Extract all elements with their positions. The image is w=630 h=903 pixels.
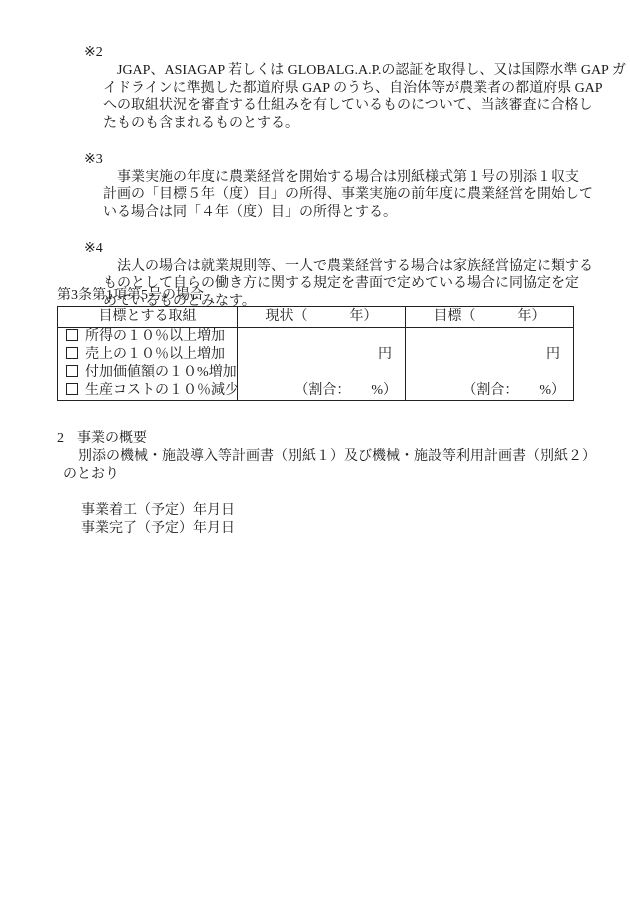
- construction-end-date-label: 事業完了（予定）年月日: [81, 520, 235, 538]
- current-yen-unit: 円: [238, 346, 405, 364]
- checkbox-income[interactable]: [66, 329, 78, 341]
- footnote-3: ※3事業実施の年度に農業経営を開始する場合は別紙様式第１号の別添１収支 計画の「…: [84, 151, 604, 240]
- measure-label-added-value: 付加価値額の１０%増加: [85, 365, 237, 380]
- footnote-2-text: JGAP、ASIAGAP 若しくは GLOBALG.A.P.の認証を取得し、又は…: [103, 63, 626, 131]
- construction-start-date-label: 事業着工（予定）年月日: [81, 502, 235, 520]
- measure-label-sales: 売上の１０％以上増加: [85, 347, 225, 362]
- measure-row-sales: 売上の１０％以上増加: [58, 346, 237, 364]
- checkbox-added-value[interactable]: [66, 365, 78, 377]
- goals-table-heading: 第3条第1項第5号の場合: [57, 287, 204, 305]
- header-current: 現状（ 年）: [238, 307, 406, 328]
- goals-table-body-row: 所得の１０％以上増加 売上の１０％以上増加 付加価値額の１０%増加 生産コストの…: [58, 328, 574, 401]
- measure-row-cost: 生産コストの１０％減少: [58, 382, 237, 400]
- measure-label-cost: 生産コストの１０％減少: [85, 383, 239, 398]
- current-blank-line: [238, 328, 405, 346]
- section2-heading: 2事業の概要: [57, 430, 147, 448]
- current-value-cell: 円 （割合： %）: [238, 328, 406, 401]
- target-blank-line: [406, 328, 573, 346]
- checkbox-sales[interactable]: [66, 347, 78, 359]
- header-measure: 目標とする取組: [58, 307, 238, 328]
- measures-cell: 所得の１０％以上増加 売上の１０％以上増加 付加価値額の１０%増加 生産コストの…: [58, 328, 238, 401]
- section2-number: 2: [57, 430, 77, 448]
- footnote-3-marker: ※3: [84, 151, 103, 169]
- current-ratio-label: （割合： %）: [238, 382, 405, 400]
- footnote-4-marker: ※4: [84, 240, 103, 258]
- goals-table-header-row: 目標とする取組 現状（ 年） 目標（ 年）: [58, 307, 574, 328]
- section2-body: 別添の機械・施設導入等計画書（別紙１）及び機械・施設等利用計画書（別紙２）: [78, 448, 596, 466]
- footnote-2: ※2JGAP、ASIAGAP 若しくは GLOBALG.A.P.の認証を取得し、…: [84, 44, 604, 151]
- target-ratio-label: （割合： %）: [406, 382, 573, 400]
- footnote-3-text: 事業実施の年度に農業経営を開始する場合は別紙様式第１号の別添１収支 計画の「目標…: [103, 170, 593, 221]
- header-target: 目標（ 年）: [406, 307, 574, 328]
- measure-row-added-value: 付加価値額の１０%増加: [58, 364, 237, 382]
- target-blank-line: [406, 364, 573, 382]
- footnote-2-marker: ※2: [84, 44, 103, 62]
- measure-row-income: 所得の１０％以上増加: [58, 328, 237, 346]
- checkbox-cost[interactable]: [66, 383, 78, 395]
- current-blank-line: [238, 364, 405, 382]
- target-value-cell: 円 （割合： %）: [406, 328, 574, 401]
- section2-body-continuation: のとおり: [63, 466, 119, 484]
- document-page: { "colors": { "background": "#ffffff", "…: [0, 0, 630, 903]
- target-yen-unit: 円: [406, 346, 573, 364]
- measure-label-income: 所得の１０％以上増加: [85, 329, 225, 344]
- section2-title: 事業の概要: [77, 431, 147, 446]
- goals-table: 目標とする取組 現状（ 年） 目標（ 年） 所得の１０％以上増加 売上の１０％以…: [57, 306, 574, 401]
